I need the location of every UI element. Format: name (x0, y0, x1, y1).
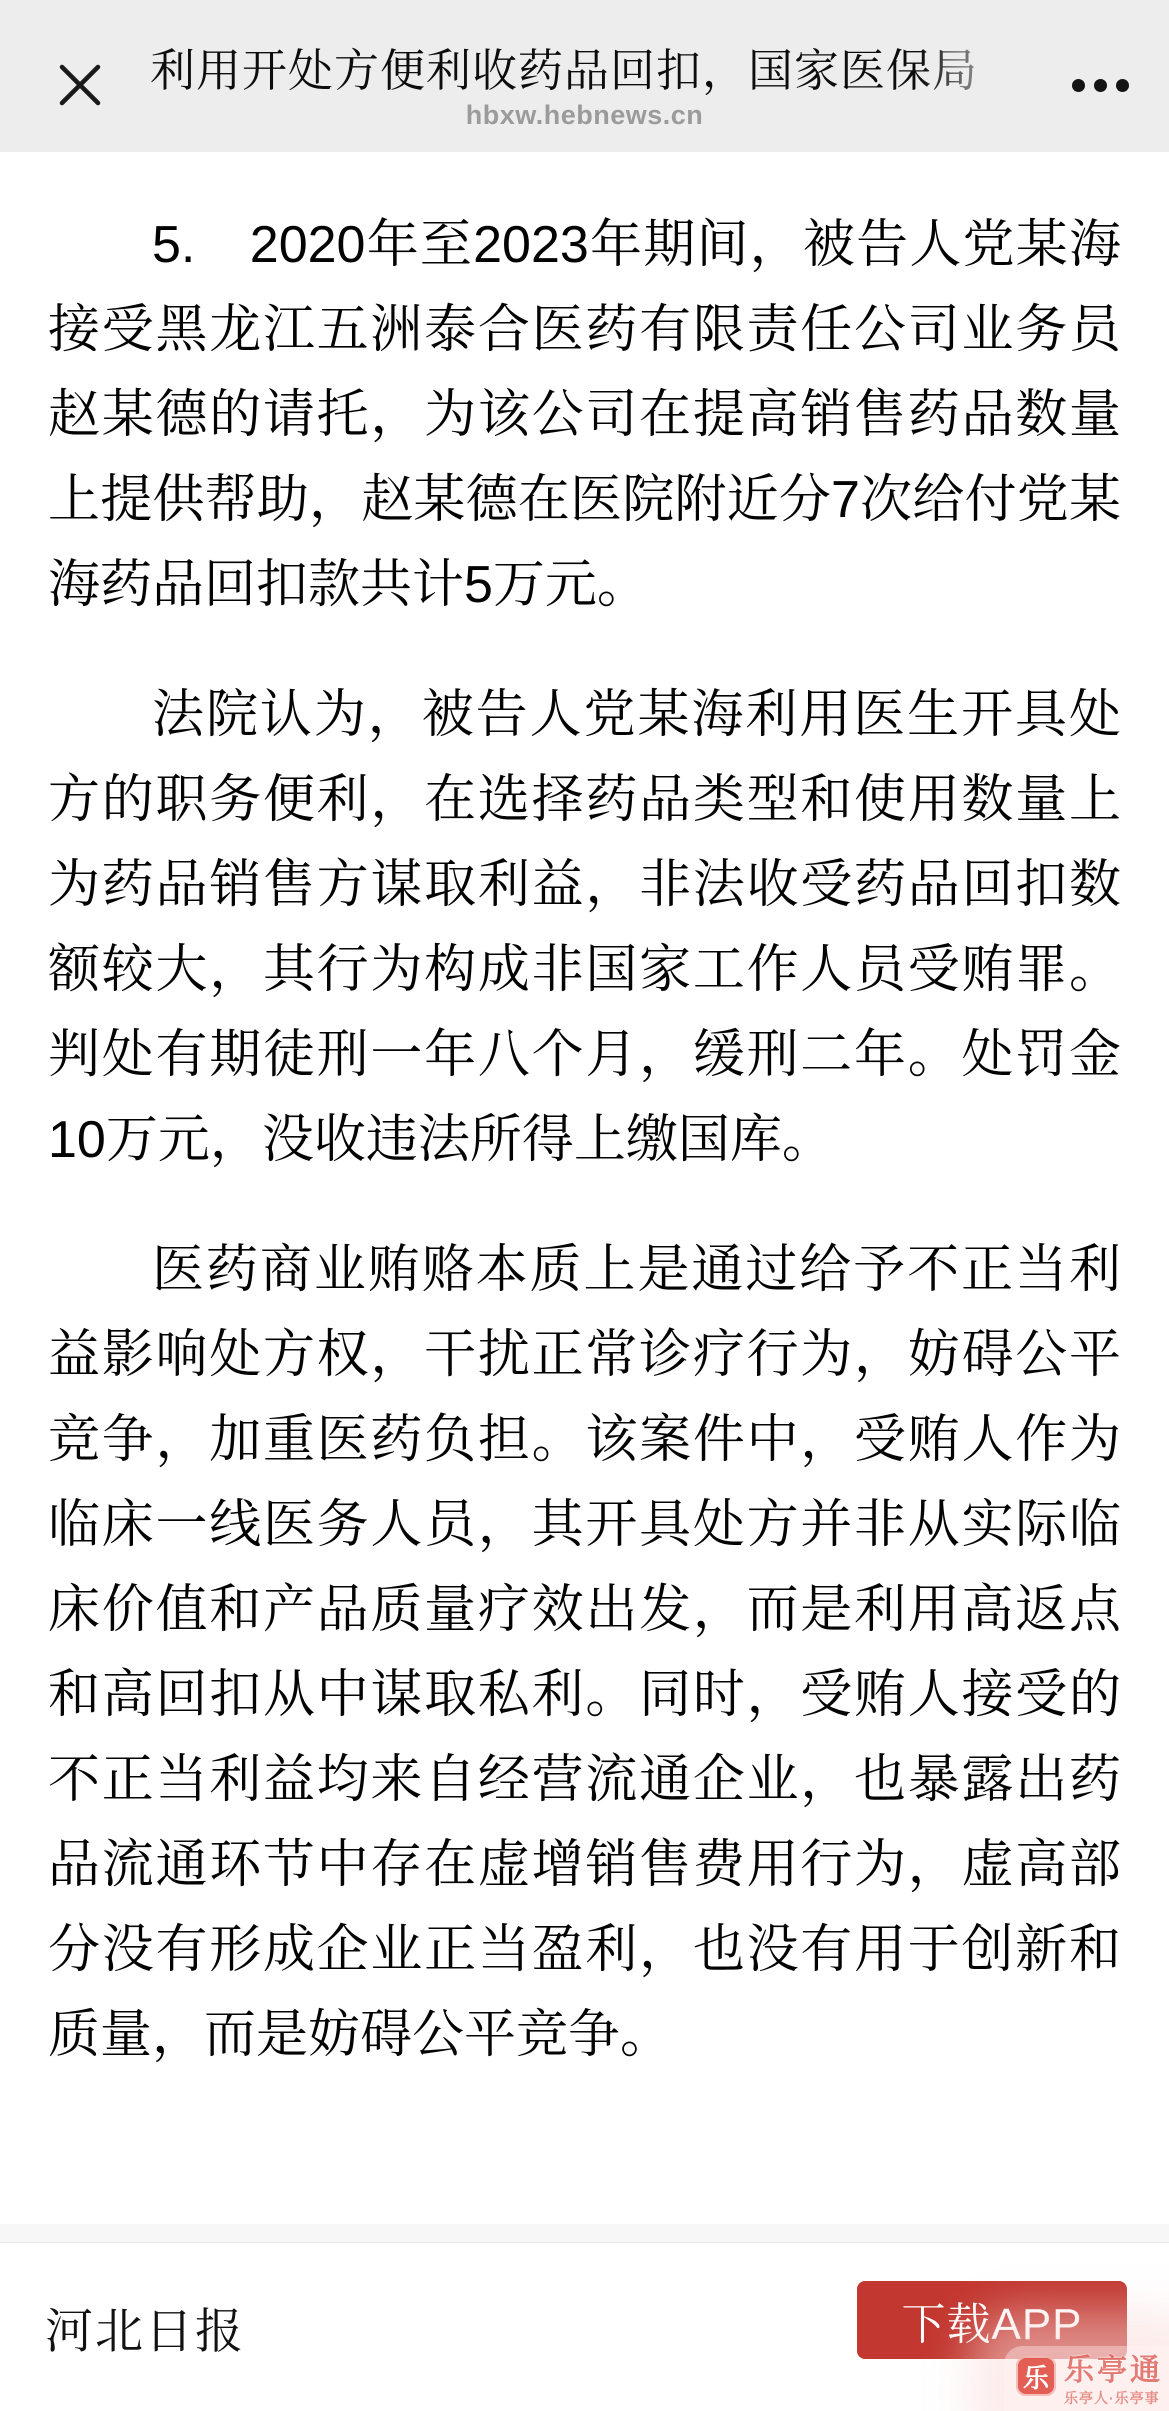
bottom-bar: 河北日报 下载APP (0, 2243, 1169, 2411)
page-url: hbxw.hebnews.cn (0, 100, 1169, 132)
ellipsis-dot-icon (1116, 79, 1129, 92)
watermark-icon-char: 乐 (1023, 2358, 1049, 2395)
article-paragraph-1: 5. 2020年至2023年期间，被告人党某海接受黑龙江五洲泰合医药有限责任公司… (48, 203, 1121, 628)
menu-button[interactable] (1039, 55, 1129, 115)
article-paragraph-3: 医药商业贿赂本质上是通过给予不正当利益影响处方权，干扰正常诊疗行为，妨碍公平竞争… (48, 1228, 1121, 2078)
page-title-row: 利用开处方便利收药品回扣，国家医保局 (150, 42, 1040, 100)
ellipsis-dot-icon (1094, 79, 1107, 92)
watermark-stamp: 乐 乐亭通 乐亭人·乐亭事 (1004, 2346, 1169, 2411)
ellipsis-dot-icon (1072, 79, 1085, 92)
article-content: 5. 2020年至2023年期间，被告人党某海接受黑龙江五洲泰合医药有限责任公司… (0, 152, 1169, 2078)
article-paragraph-2: 法院认为，被告人党某海利用医生开具处方的职务便利，在选择药品类型和使用数量上为药… (48, 673, 1121, 1183)
watermark-title: 乐亭通 (1064, 2356, 1163, 2386)
page-end-strip (0, 2224, 1169, 2243)
browser-header: 利用开处方便利收药品回扣，国家医保局 hbxw.hebnews.cn (0, 0, 1169, 152)
source-name: 河北日报 (45, 2293, 245, 2362)
watermark-tagline: 乐亭人·乐亭事 (1064, 2391, 1163, 2405)
webview-screen: 利用开处方便利收药品回扣，国家医保局 hbxw.hebnews.cn 5. 20… (0, 0, 1169, 2411)
leting-app-icon: 乐 (1016, 2356, 1056, 2396)
page-title: 利用开处方便利收药品回扣，国家医保局 (150, 45, 978, 96)
